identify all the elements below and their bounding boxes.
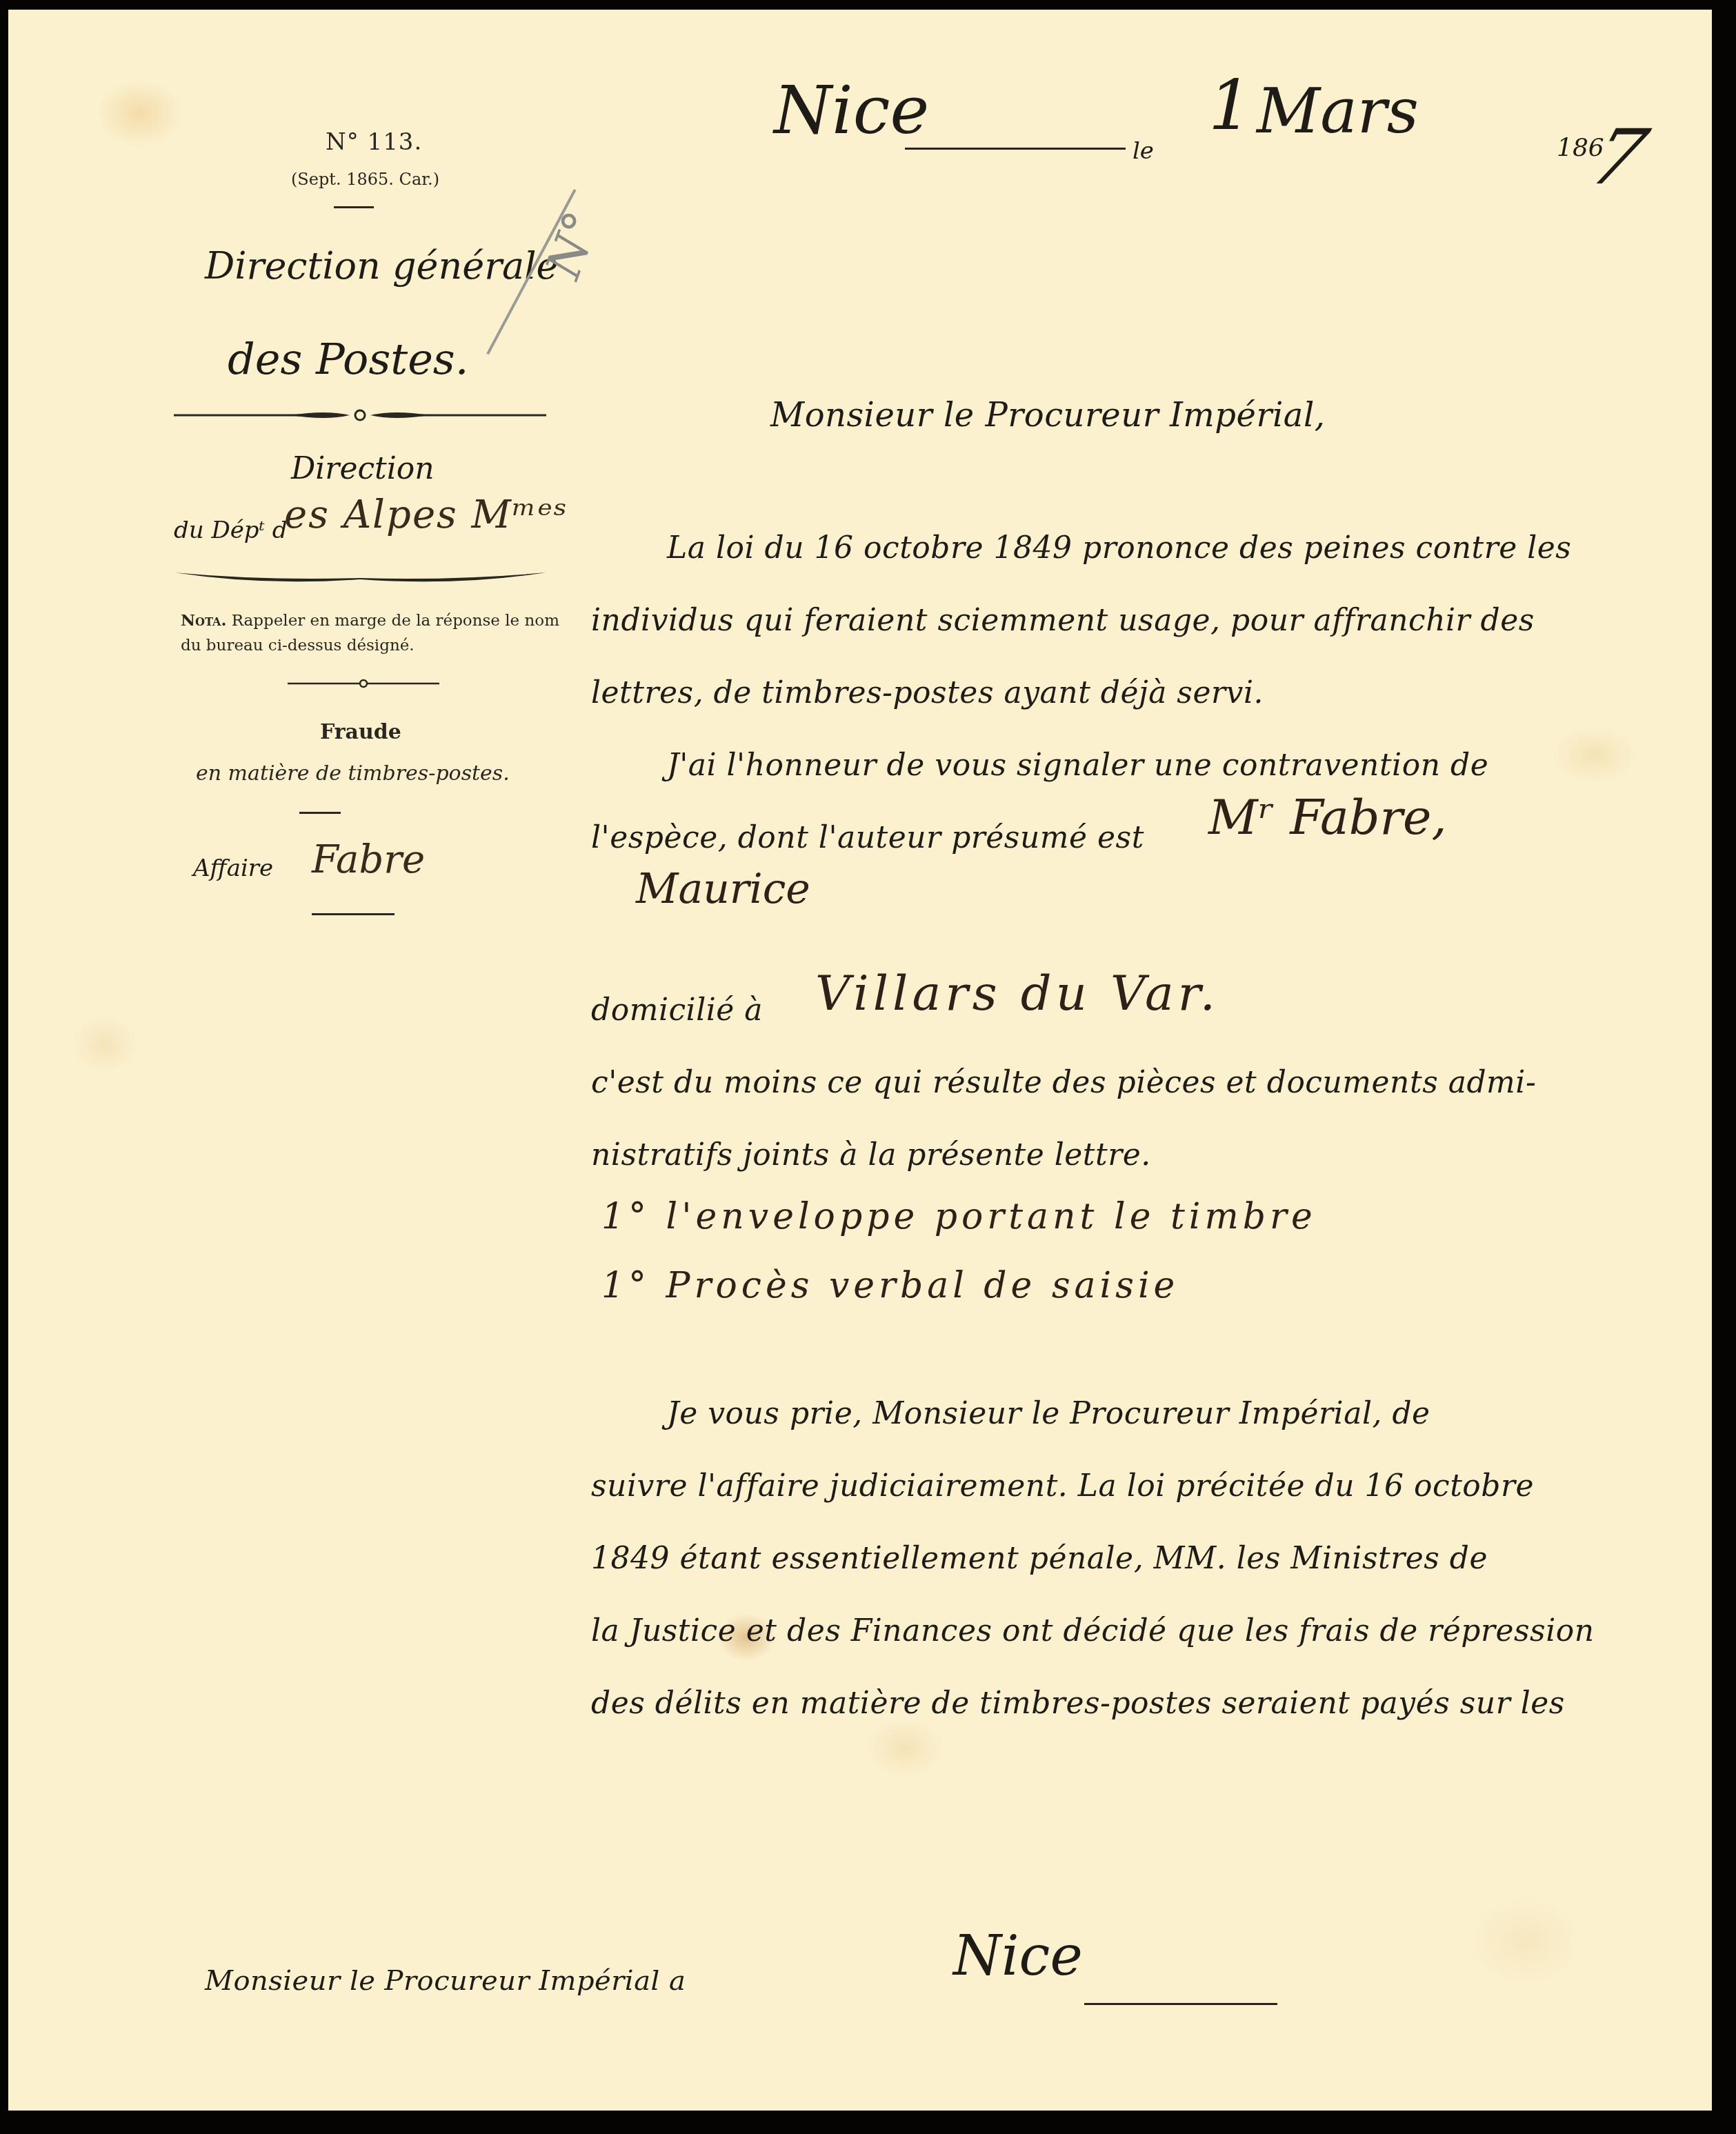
affaire-label: Affaire [193, 855, 273, 882]
ornament-divider [174, 408, 546, 422]
enclosure-handwritten: 1° l'enveloppe portant le timbre [601, 1196, 1317, 1237]
divider [334, 206, 374, 208]
salutation: Monsieur le Procureur Impérial, [770, 396, 1326, 435]
direction-generale-title: Direction générale [205, 244, 559, 288]
department-label: du Dépᵗ d [174, 517, 288, 544]
letter-line: suivre l'affaire judiciairement. La loi … [591, 1468, 1534, 1504]
affaire-handwritten: Fabre [312, 837, 425, 882]
letter-line: 1849 étant essentiellement pénale, MM. l… [591, 1541, 1488, 1576]
addressee-place-handwritten: Nice [953, 1924, 1083, 1988]
suspect-name-handwritten: Mʳ Fabre, [1208, 789, 1447, 846]
day-handwritten: 1 [1208, 65, 1253, 146]
underline-stroke [1084, 2003, 1277, 2005]
fraude-subtitle: en matière de timbres-postes. [196, 761, 510, 786]
addressee-line: Monsieur le Procureur Impérial a [205, 1965, 686, 1997]
des-postes-title: des Postes. [228, 334, 468, 384]
nota-lead: Nota. [181, 611, 226, 630]
enclosure-handwritten: 1° Procès verbal de saisie [601, 1265, 1179, 1306]
letter-line: J'ai l'honneur de vous signaler une cont… [667, 748, 1488, 783]
letter-line: La loi du 16 octobre 1849 prononce des p… [667, 530, 1571, 566]
letter-line: l'espèce, dont l'auteur présumé est [591, 820, 1144, 855]
nota-note: Nota. Rappeler en marge de la réponse le… [181, 608, 567, 658]
underline-stroke [905, 148, 1126, 150]
divider [312, 913, 395, 915]
divider [299, 812, 341, 814]
fraude-title: Fraude [320, 720, 401, 744]
domicile-handwritten: Villars du Var. [815, 965, 1219, 1021]
letter-line: la Justice et des Finances ont décidé qu… [591, 1613, 1595, 1648]
date-le-label: le [1133, 137, 1154, 165]
department-handwritten: es Alpes Mᵐᵉˢ [284, 492, 568, 537]
letter-line: domicilié à [591, 993, 763, 1028]
form-number: N° 113. [326, 128, 422, 156]
letter-line: Je vous prie, Monsieur le Procureur Impé… [667, 1396, 1430, 1431]
ornament-divider [288, 679, 439, 688]
suspect-firstname-handwritten: Maurice [636, 865, 810, 913]
letter-line: des délits en matière de timbres-postes … [591, 1686, 1565, 1721]
letter-line: individus qui feraient sciemment usage, … [591, 603, 1535, 638]
letter-page: N° 113. (Sept. 1865. Car.) Direction gén… [8, 10, 1712, 2111]
ornament-divider [174, 568, 546, 584]
direction-label: Direction [291, 451, 435, 486]
letter-line: nistratifs joints à la présente lettre. [591, 1137, 1151, 1173]
month-handwritten: Mars [1257, 75, 1419, 148]
place-handwritten: Nice [774, 72, 929, 149]
letter-line: lettres, de timbres-postes ayant déjà se… [591, 675, 1264, 710]
form-edition: (Sept. 1865. Car.) [291, 170, 439, 189]
nota-text: Rappeler en marge de la réponse le nom d… [181, 612, 559, 655]
letter-line: c'est du moins ce qui résulte des pièces… [591, 1065, 1536, 1100]
